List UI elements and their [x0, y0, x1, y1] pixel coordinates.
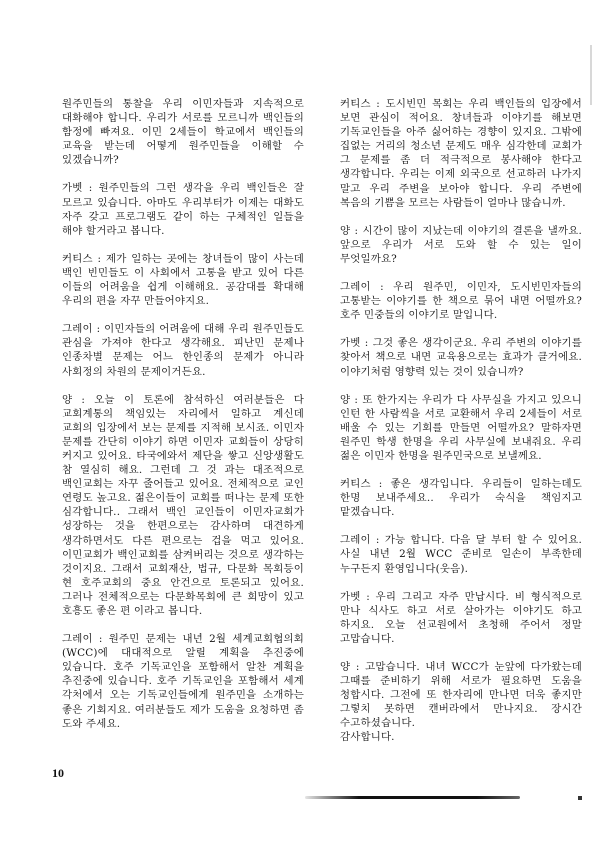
paragraph: 원주민들의 통찰을 우리 이민자들과 지속적으로 대화해야 합니다. 우리가 서… [62, 97, 304, 167]
paragraph: 커티스 : 제가 일하는 곳에는 창녀들이 많이 사는데 백인 빈민들도 이 사… [62, 252, 304, 308]
paragraph: 그레이 : 우리 원주민, 이민자, 도시빈민자들의 고통받는 이야기를 한 책… [340, 280, 582, 322]
paragraph: 가벳 : 그것 좋은 생각이군요. 우리 주변의 이야기를 찾아서 책으로 내면… [340, 336, 582, 378]
paragraph: 커티스 : 좋은 생각입니다. 우리들이 일하는데도 한명 보내주세요.. 우리… [340, 477, 582, 519]
paragraph: 양 : 또 한가지는 우리가 다 사무실을 가지고 있으니 인턴 한 사람씩을 … [340, 393, 582, 463]
left-column: 원주민들의 통찰을 우리 이민자들과 지속적으로 대화해야 합니다. 우리가 서… [62, 97, 304, 745]
paragraph: 양 : 고맙습니다. 내녀 WCC가 눈앞에 다가왔는데 그때를 준비하기 위해… [340, 660, 582, 730]
paragraph: 그레이 : 가능 합니다. 다음 달 부터 할 수 있어요. 사실 내년 2월 … [340, 533, 582, 575]
footer-rule [305, 796, 520, 799]
scan-speck [578, 796, 582, 800]
paragraph: 가벳 : 우리 그리고 자주 만납시다. 비 형식적으로 만나 식사도 하고 서… [340, 590, 582, 646]
paragraph: 양 : 오늘 이 토론에 참석하신 여러분들은 다 교회계통의 책임있는 자리에… [62, 393, 304, 619]
paragraph: 그레이 : 이민자들의 어려움에 대해 우리 원주민들도 관심을 가져야 한다고… [62, 322, 304, 378]
paragraph: 가벳 : 원주민들의 그런 생각을 우리 백인들은 잘 모르고 있습니다. 아마… [62, 181, 304, 237]
edge-scan-mark [590, 45, 592, 105]
right-column: 커티스 : 도시빈민 목회는 우리 백인들의 입장에서 보면 관심이 적어요. … [340, 97, 582, 759]
paragraph: 커티스 : 도시빈민 목회는 우리 백인들의 입장에서 보면 관심이 적어요. … [340, 97, 582, 210]
closing-line: 감사합니다. [340, 730, 582, 744]
page-number: 10 [52, 766, 64, 781]
paragraph: 양 : 시간이 많이 지났는데 이야기의 결론을 낼까요. 앞으로 우리가 서로… [340, 224, 582, 266]
paragraph: 그레이 : 원주민 문제는 내년 2월 세계교회협의회(WCC)에 대대적으로 … [62, 632, 304, 731]
